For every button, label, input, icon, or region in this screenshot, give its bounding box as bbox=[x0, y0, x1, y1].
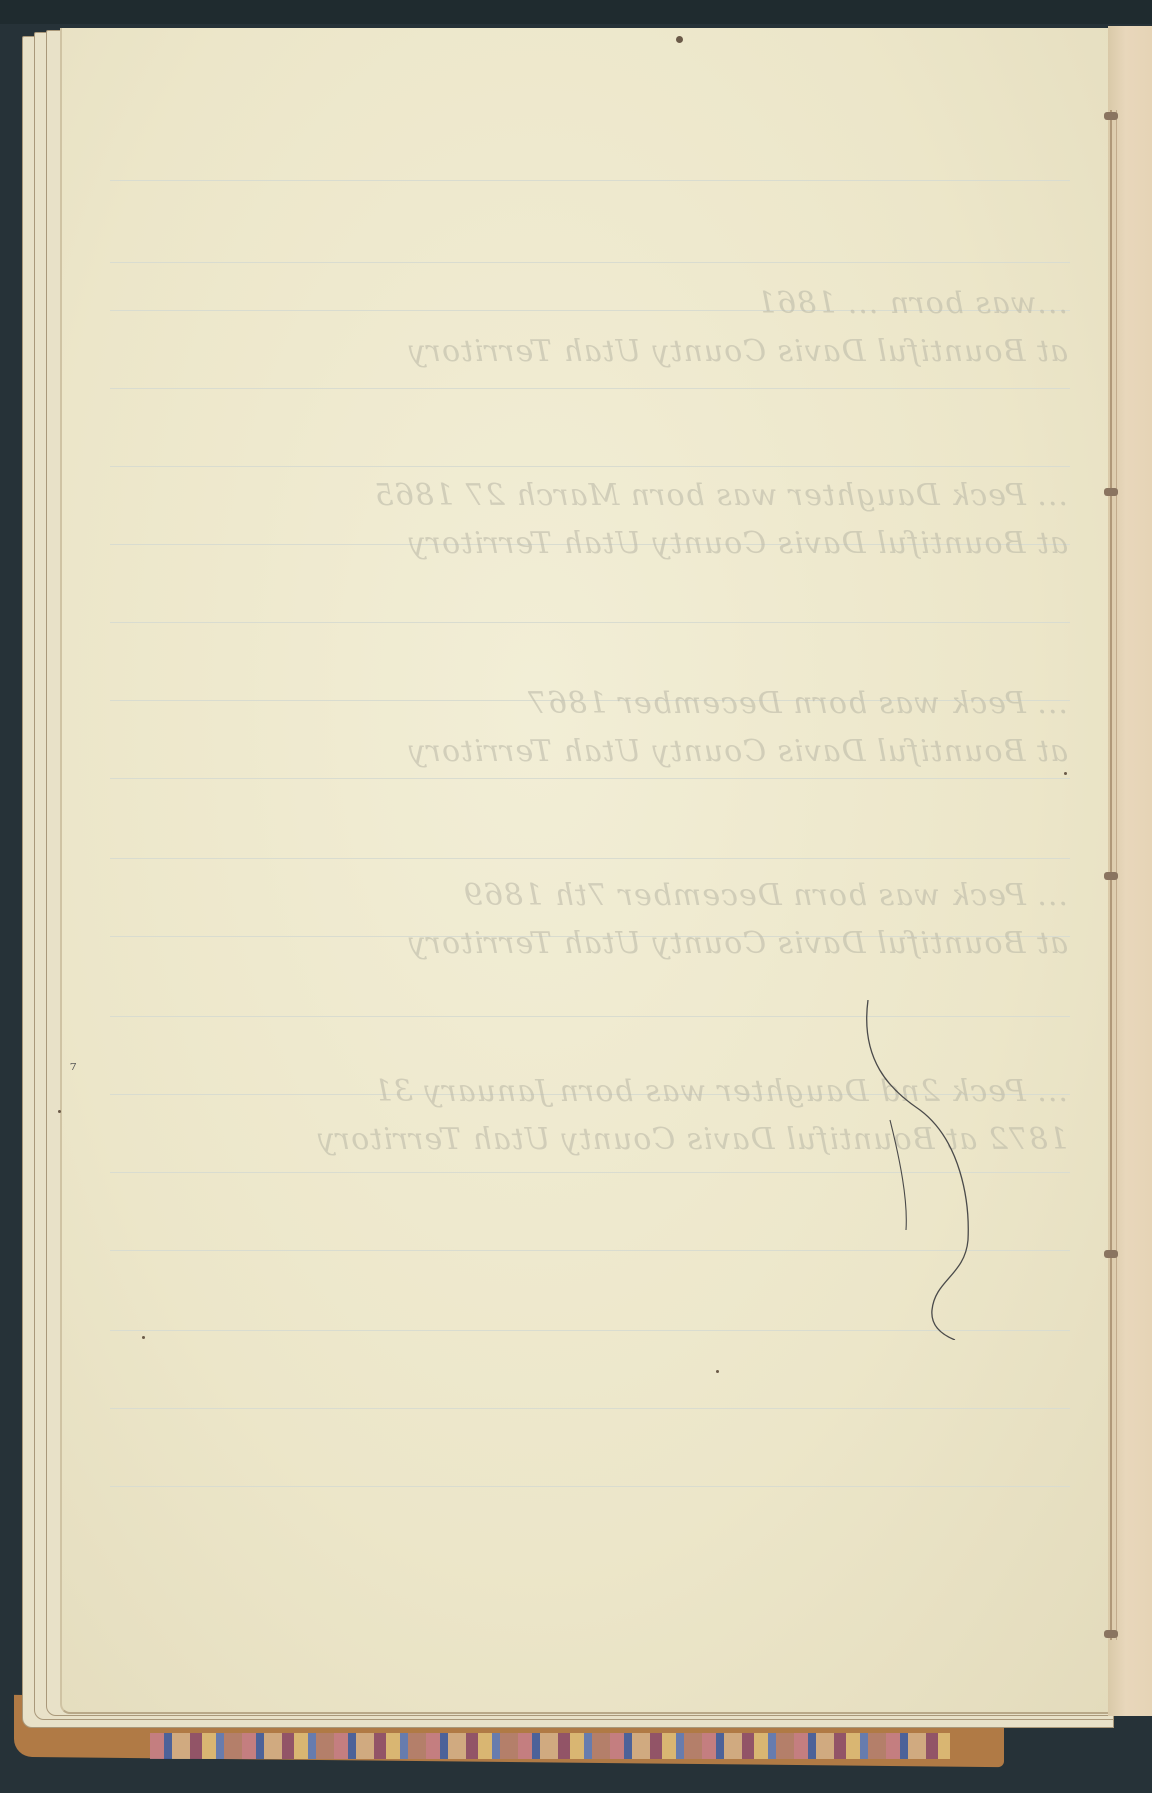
marbled-page-edge bbox=[150, 1733, 950, 1759]
ink-speck bbox=[58, 1110, 61, 1113]
entry-line: ...was born ... 1861 bbox=[108, 280, 1068, 328]
ink-speck bbox=[1064, 772, 1067, 775]
bleed-through-entry: ... Peck Daughter was born March 27 1865… bbox=[108, 472, 1068, 568]
book-gutter bbox=[1108, 26, 1152, 1716]
ruled-line bbox=[110, 778, 1070, 779]
entry-line: at Bountiful Davis County Utah Territory bbox=[108, 520, 1068, 568]
stray-hair bbox=[860, 1000, 980, 1340]
ruled-line bbox=[110, 622, 1070, 623]
bleed-through-entry: ...was born ... 1861 at Bountiful Davis … bbox=[108, 280, 1068, 376]
bleed-through-entry: ... Peck was born December 1867 at Bount… bbox=[108, 680, 1068, 776]
entry-line: ... Peck Daughter was born March 27 1865 bbox=[108, 472, 1068, 520]
ruled-line bbox=[110, 858, 1070, 859]
binding-stitch bbox=[1104, 488, 1118, 496]
entry-line: ... Peck was born December 1867 bbox=[108, 680, 1068, 728]
entry-line: ... Peck was born December 7th 1869 bbox=[108, 872, 1068, 920]
scan-background-top bbox=[0, 0, 1152, 24]
ink-speck bbox=[142, 1336, 145, 1339]
ruled-line bbox=[110, 1486, 1070, 1487]
binding-stitch bbox=[1104, 112, 1118, 120]
ink-speck bbox=[676, 36, 683, 43]
bleed-through-entry: ... Peck was born December 7th 1869 at B… bbox=[108, 872, 1068, 968]
ink-speck bbox=[716, 1370, 719, 1373]
ruled-line bbox=[110, 466, 1070, 467]
entry-line: at Bountiful Davis County Utah Territory bbox=[108, 920, 1068, 968]
binding-stitch bbox=[1104, 872, 1118, 880]
entry-line: at Bountiful Davis County Utah Territory bbox=[108, 328, 1068, 376]
pencil-mark: ⁷ bbox=[70, 1060, 76, 1079]
ruled-line bbox=[110, 1408, 1070, 1409]
ruled-line bbox=[110, 180, 1070, 181]
ruled-line bbox=[110, 262, 1070, 263]
binding-stitch bbox=[1104, 1250, 1118, 1258]
binding-stitch bbox=[1104, 1630, 1118, 1638]
ruled-line bbox=[110, 388, 1070, 389]
entry-line: at Bountiful Davis County Utah Territory bbox=[108, 728, 1068, 776]
